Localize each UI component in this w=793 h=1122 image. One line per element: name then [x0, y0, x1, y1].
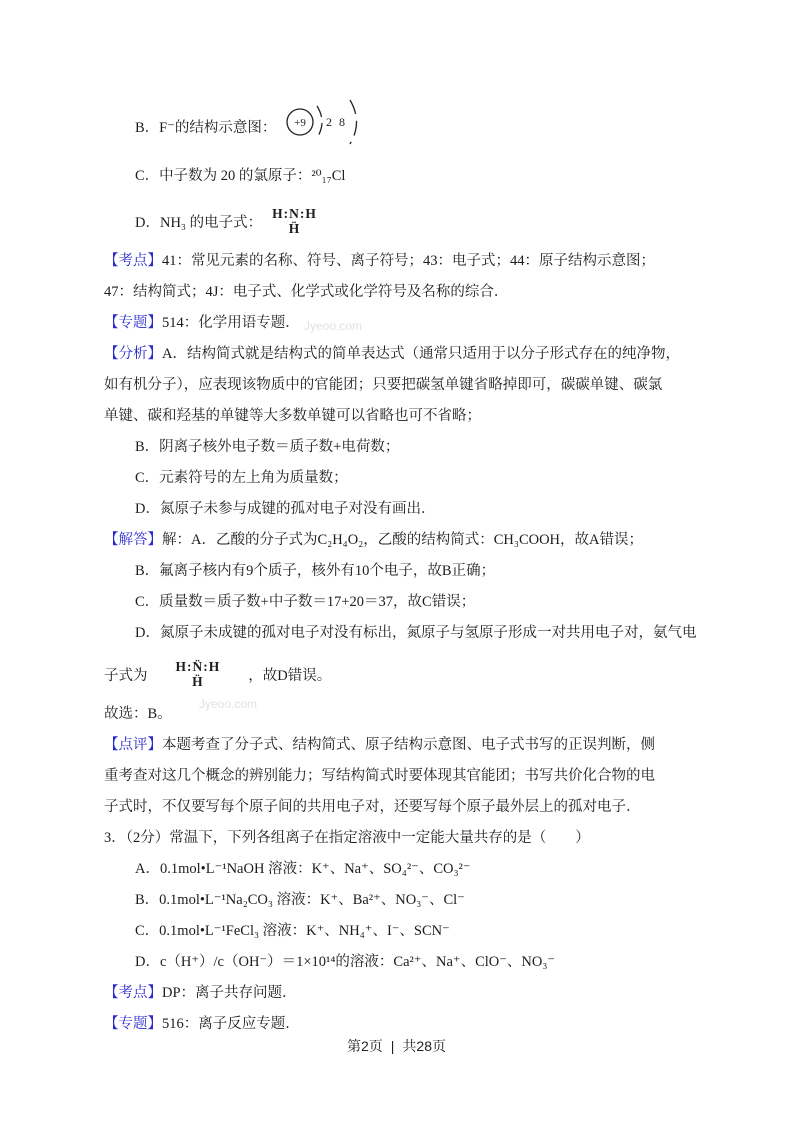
footer-page-number: 第2页: [347, 1038, 383, 1054]
q2-dianping-line-2: 重考查对这几个概念的辨别能力；写结构简式时要体现其官能团；书写共价化合物的电: [104, 761, 700, 792]
electron-shell-arc-2: [350, 100, 357, 144]
electron-formula-correct-row1: H:N̈:H: [176, 659, 221, 674]
formula-suffix: ，故D错误。: [248, 664, 331, 685]
q2-fenxi-point-d: D．氮原子未参与成键的孤对电子对没有画出．: [104, 494, 700, 525]
zhuanti-text: 514：化学用语专题．: [162, 315, 300, 331]
q3-option-d: D．c（H⁺）/c（OH⁻）＝1×10¹⁴的溶液：Ca²⁺、Na⁺、ClO⁻、N…: [104, 947, 700, 978]
q3-kaodian-line: 【考点】DP：离子共存问题．: [104, 978, 700, 1009]
electron-formula-correct-row2: Ḧ: [192, 674, 204, 689]
q2-answer-line: 故选：B。: [104, 699, 700, 730]
jieda-label: 【解答】: [104, 532, 162, 548]
q2-dianping-line-3: 子式时，不仅要写每个原子间的共用电子对，还要写每个原子最外层上的孤对电子．: [104, 792, 700, 823]
q2-fenxi-line-3: 单键、碳和羟基的单键等大多数单键可以省略也可不省略；: [104, 401, 700, 432]
q3-zhuanti-label: 【专题】: [104, 1016, 162, 1032]
q2-kaodian-line-1: 【考点】41：常见元素的名称、符号、离子符号；43：电子式；44：原子结构示意图…: [104, 246, 700, 277]
q2-fenxi-line-2: 如有机分子），应表现该物质中的官能团；只要把碳氢单键省略掉即可，碳碳单键、碳氯: [104, 370, 700, 401]
kaodian-label: 【考点】: [104, 253, 162, 269]
q2-jieda-point-c: C．质量数＝质子数+中子数＝17+20＝37，故C错误；: [104, 587, 700, 618]
q3-option-b: B．0.1mol•L⁻¹Na₂CO₃ 溶液：K⁺、Ba²⁺、NO₃⁻、Cl⁻: [104, 885, 700, 916]
jieda-text-1: 解：A．乙酸的分子式为C₂H₄O₂，乙酸的结构简式：CH₃COOH，故A错误；: [162, 532, 643, 548]
q3-kaodian-text: DP：离子共存问题．: [162, 985, 297, 1001]
q3-zhuanti-text: 516：离子反应专题．: [162, 1016, 300, 1032]
q2-dianping-line-1: 【点评】本题考查了分子式、结构简式、原子结构示意图、电子式书写的正误判断，侧: [104, 730, 700, 761]
shell-electron-count-1: 2: [326, 115, 332, 129]
shell-electron-count-2: 8: [339, 115, 345, 129]
q2-option-c-text: C．中子数为 20 的氯原子：²⁰₁₇Cl: [135, 164, 345, 185]
q2-jieda-point-b: B．氟离子核内有9个质子，核外有10个电子，故B正确；: [104, 556, 700, 587]
formula-prefix: 子式为: [104, 664, 148, 685]
q2-fenxi-point-c: C．元素符号的左上角为质量数；: [104, 463, 700, 494]
q3-stem: 3．（2分）常温下，下列各组离子在指定溶液中一定能大量共存的是（ ）: [104, 823, 700, 854]
fenxi-text-1: A．结构简式就是结构式的简单表达式（通常只适用于以分子形式存在的纯净物，: [162, 346, 680, 362]
q2-fenxi-line-1: 【分析】A．结构简式就是结构式的简单表达式（通常只适用于以分子形式存在的纯净物，: [104, 339, 700, 370]
q2-option-b-text: B．F⁻的结构示意图：: [135, 116, 276, 137]
q2-option-d-text: D．NH₃ 的电子式：: [135, 211, 262, 232]
electron-formula-row1: H:N:H: [272, 206, 317, 221]
q2-jieda-point-d: D．氮原子未成键的孤对电子对没有标出，氮原子与氢原子形成一对共用电子对，氨气电: [104, 618, 700, 649]
electron-formula-row2: Ḧ: [289, 221, 301, 236]
electron-formula-nh3-correct: H:N̈:H Ḧ: [176, 659, 221, 689]
q2-option-d: D．NH₃ 的电子式： H:N:H Ḧ Jyeoo.com: [104, 196, 700, 246]
footer-total-pages: 共28页: [402, 1038, 446, 1054]
dianping-text-1: 本题考查了分子式、结构简式、原子结构示意图、电子式书写的正误判断，侧: [162, 737, 655, 753]
q2-option-c: C．中子数为 20 的氯原子：²⁰₁₇Cl: [104, 152, 700, 196]
q3-option-c: C．0.1mol•L⁻¹FeCl₃ 溶液：K⁺、NH₄⁺、I⁻、SCN⁻: [104, 916, 700, 947]
q2-option-b: B．F⁻的结构示意图： +9 2 8: [104, 100, 700, 152]
electron-shell-arc-1: [317, 106, 322, 138]
q2-fenxi-point-b: B．阴离子核外电子数＝质子数+电荷数；: [104, 432, 700, 463]
q2-kaodian-line-2: 47：结构简式；4J：电子式、化学式或化学符号及名称的综合．: [104, 277, 700, 308]
q3-option-a: A．0.1mol•L⁻¹NaOH 溶液：K⁺、Na⁺、SO₄²⁻、CO₃²⁻: [104, 854, 700, 885]
electron-formula-nh3-wrong: H:N:H Ḧ: [272, 206, 317, 236]
document-page: B．F⁻的结构示意图： +9 2 8 C．中子数为 20 的氯原子：²⁰₁₇Cl…: [0, 0, 793, 1122]
q2-zhuanti-line: 【专题】514：化学用语专题．: [104, 308, 700, 339]
q3-kaodian-label: 【考点】: [104, 985, 162, 1001]
zhuanti-label: 【专题】: [104, 315, 162, 331]
page-footer: 第2页|共28页: [0, 1036, 793, 1056]
nucleus-charge: +9: [295, 117, 307, 129]
footer-separator: |: [391, 1038, 395, 1054]
page-content: B．F⁻的结构示意图： +9 2 8 C．中子数为 20 的氯原子：²⁰₁₇Cl…: [104, 100, 700, 1040]
atom-structure-diagram: +9 2 8: [284, 92, 368, 150]
q2-jieda-line-1: 【解答】解：A．乙酸的分子式为C₂H₄O₂，乙酸的结构简式：CH₃COOH，故A…: [104, 525, 700, 556]
fenxi-label: 【分析】: [104, 346, 162, 362]
dianping-label: 【点评】: [104, 737, 162, 753]
q2-jieda-formula-line: 子式为 H:N̈:H Ḧ ，故D错误。 Jyeoo.com: [104, 649, 700, 699]
kaodian-text-1: 41：常见元素的名称、符号、离子符号；43：电子式；44：原子结构示意图；: [162, 253, 655, 269]
